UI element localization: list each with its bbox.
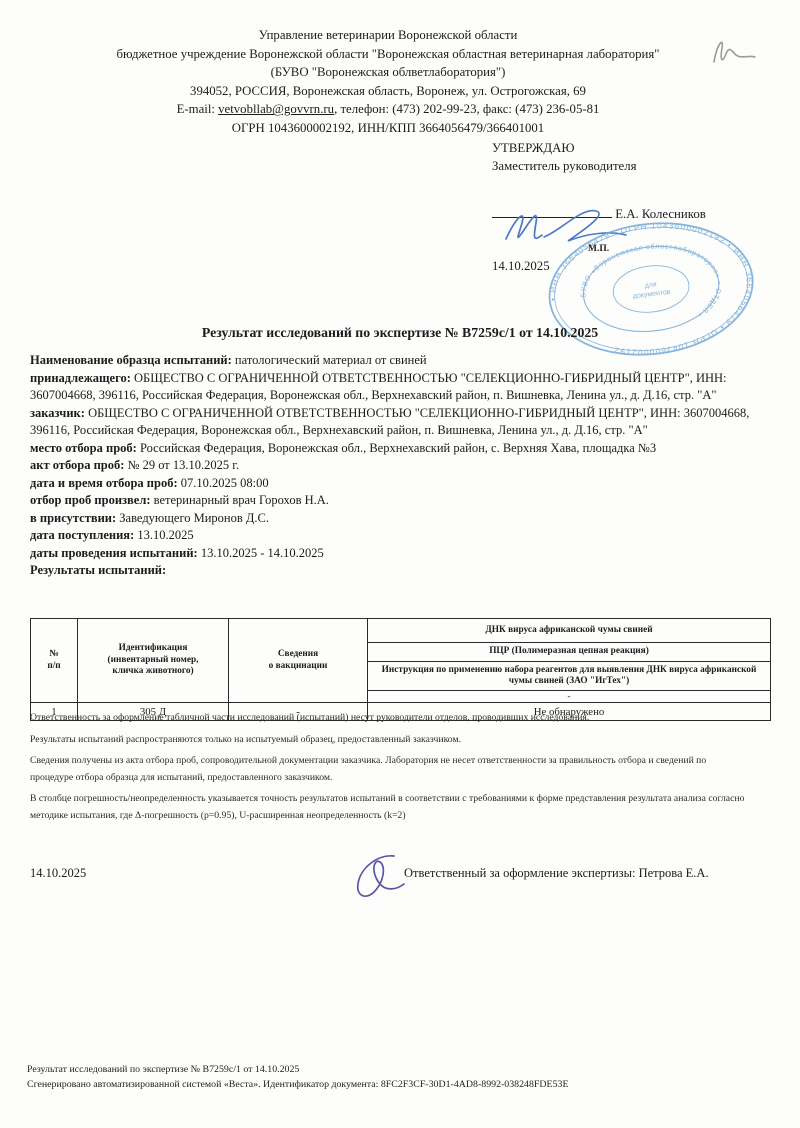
field-owner: принадлежащего: ОБЩЕСТВО С ОГРАНИЧЕННОЙ … xyxy=(30,370,772,405)
footnote: Сведения получены из акта отбора проб, с… xyxy=(30,753,746,786)
field-customer: заказчик: ОБЩЕСТВО С ОГРАНИЧЕННОЙ ОТВЕТС… xyxy=(30,405,772,440)
email-link: vetvobllab@govvrn.ru xyxy=(218,102,334,116)
approver-position: Заместитель руководителя xyxy=(492,157,782,175)
col-header-identification: Идентификация (инвентарный номер, кличка… xyxy=(78,619,229,703)
footer-generated-id: Сгенерировано автоматизированной системо… xyxy=(27,1077,767,1092)
signoff-text: Ответственный за оформление экспертизы: … xyxy=(404,866,709,881)
field-sampling-place: место отбора проб: Российская Федерация,… xyxy=(30,440,772,458)
org-ogrn-inn: ОГРН 1043600002192, ИНН/КПП 3664056479/3… xyxy=(30,119,746,138)
field-test-dates: даты проведения испытаний: 13.10.2025 - … xyxy=(30,545,772,563)
result-header-empty: - xyxy=(368,691,771,703)
org-name: бюджетное учреждение Воронежской области… xyxy=(30,45,746,64)
stamp-center-line1: для xyxy=(644,281,657,289)
field-sampling-datetime: дата и время отбора проб: 07.10.2025 08:… xyxy=(30,475,772,493)
signoff-date: 14.10.2025 xyxy=(30,866,86,881)
approve-word: УТВЕРЖДАЮ xyxy=(492,139,782,157)
pencil-mark-icon xyxy=(700,28,766,78)
org-contacts: E-mail: vetvobllab@govvrn.ru, телефон: (… xyxy=(30,100,746,119)
org-address: 394052, РОССИЯ, Воронежская область, Вор… xyxy=(30,82,746,101)
table-header-row: № п/п Идентификация (инвентарный номер, … xyxy=(31,619,771,643)
result-header-method: ПЦР (Полимеразная цепная реакция) xyxy=(368,643,771,662)
footer-expertise-ref: Результат исследований по экспертизе № В… xyxy=(27,1062,767,1077)
document-footer: Результат исследований по экспертизе № В… xyxy=(27,1062,767,1092)
org-short-name: (БУВО "Воронежская облветлаборатория") xyxy=(30,63,746,82)
col-header-num: № п/п xyxy=(31,619,78,703)
page-title: Результат исследований по экспертизе № В… xyxy=(0,325,800,341)
field-results-heading: Результаты испытаний: xyxy=(30,562,772,580)
org-parent: Управление ветеринарии Воронежской облас… xyxy=(30,26,746,45)
phone-fax: , телефон: (473) 202-99-23, факс: (473) … xyxy=(334,102,599,116)
signoff-row: 14.10.2025 Ответственный за оформление э… xyxy=(0,858,800,918)
footnote: Результаты испытаний распространяются то… xyxy=(30,732,746,749)
petrova-signature-icon xyxy=(350,850,408,902)
email-label: E-mail: xyxy=(177,102,219,116)
sample-fields: Наименование образца испытаний: патологи… xyxy=(30,352,772,580)
field-receipt-date: дата поступления: 13.10.2025 xyxy=(30,527,772,545)
document-page: Управление ветеринарии Воронежской облас… xyxy=(0,0,800,1128)
field-sampler: отбор проб произвел: ветеринарный врач Г… xyxy=(30,492,772,510)
footnotes: Ответственность за оформление табличной … xyxy=(30,710,746,829)
stamp-center-line2: документов xyxy=(633,289,672,301)
round-stamp-icon: • ИНН 3664056479 • ОГРН 1043600002192 • … xyxy=(525,199,778,377)
result-header-disease: ДНК вируса африканской чумы свиней xyxy=(368,619,771,643)
field-sampling-act: акт отбора проб: № 29 от 13.10.2025 г. xyxy=(30,457,772,475)
footnote: Ответственность за оформление табличной … xyxy=(30,710,746,727)
footnote: В столбце погрешность/неопределенность у… xyxy=(30,791,746,824)
field-witness: в присутствии: Заведующего Миронов Д.С. xyxy=(30,510,772,528)
results-table: № п/п Идентификация (инвентарный номер, … xyxy=(30,618,771,721)
letterhead: Управление ветеринарии Воронежской облас… xyxy=(30,26,746,138)
col-header-vaccination: Сведения о вакцинации xyxy=(229,619,368,703)
result-header-instruction: Инструкция по применению набора реагенто… xyxy=(368,662,771,691)
field-sample-name: Наименование образца испытаний: патологи… xyxy=(30,352,772,370)
mp-mark: М.П. xyxy=(588,244,609,254)
